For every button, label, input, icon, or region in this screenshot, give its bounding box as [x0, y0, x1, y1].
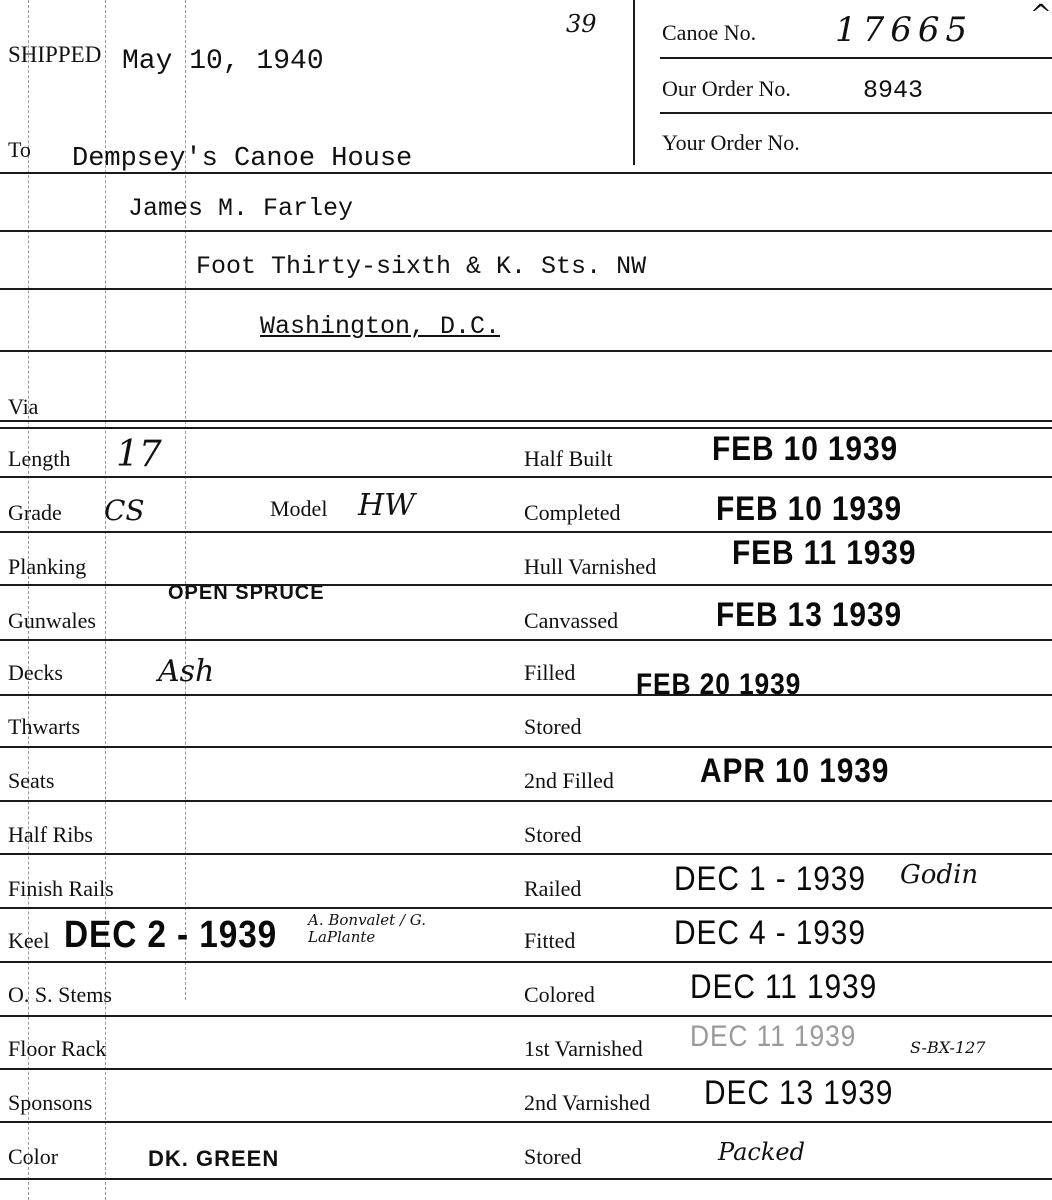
box-divider: [633, 0, 635, 165]
your-order-label: Your Order No.: [662, 130, 800, 156]
rule-address-2: [0, 288, 1052, 290]
field-value-fitted: DEC 4 - 1939: [674, 914, 866, 953]
field-label-1st-varnished: 1st Varnished: [524, 1036, 643, 1062]
rule-address-3: [0, 350, 1052, 352]
shipped-label: SHIPPED: [8, 42, 101, 68]
field-label-canvassed: Canvassed: [524, 608, 618, 634]
field-value-2nd-varnished: DEC 13 1939: [704, 1074, 893, 1113]
address-line-2: Foot Thirty-sixth & K. Sts. NW: [196, 252, 646, 281]
to-value: Dempsey's Canoe House: [72, 144, 412, 174]
row-rule: [0, 639, 1052, 641]
field-value-half-built: FEB 10 1939: [712, 430, 898, 469]
our-order-label: Our Order No.: [662, 76, 791, 102]
guide-line: [105, 0, 106, 1200]
field-label-hull-varnished: Hull Varnished: [524, 554, 656, 580]
shipped-date: May 10, 1940: [122, 46, 324, 77]
page-mark: 39: [566, 10, 597, 38]
field-value-stored-3: Packed: [718, 1138, 805, 1166]
field-label-os-stems: O. S. Stems: [8, 982, 112, 1008]
address-line-1: James M. Farley: [128, 194, 353, 223]
field-value-1st-varnished: DEC 11 1939: [690, 1020, 856, 1054]
canoe-no-underline: [660, 57, 1052, 59]
field-label-half-built: Half Built: [524, 446, 613, 472]
row-rule: [0, 746, 1052, 748]
field-value-railed: DEC 1 - 1939: [674, 860, 866, 899]
keel-signature: A. Bonvalet / G. LaPlante: [308, 912, 498, 946]
field-label-colored: Colored: [524, 982, 595, 1008]
row-rule: [0, 907, 1052, 909]
field-value-hull-varnished: FEB 11 1939: [732, 534, 916, 573]
field-value-length: 17: [116, 434, 162, 475]
rule-via-1: [0, 420, 1052, 422]
field-label-floor-rack: Floor Rack: [8, 1036, 106, 1062]
field-label-stored-2: Stored: [524, 822, 581, 848]
field-value-decks: Ash: [158, 654, 214, 689]
rule-via-2: [0, 427, 1052, 429]
row-rule: [0, 584, 1052, 586]
field-label-length: Length: [8, 446, 70, 472]
field-value-canvassed: FEB 13 1939: [716, 596, 902, 635]
row-rule: [0, 1068, 1052, 1070]
field-label-grade: Grade: [8, 500, 62, 526]
field-value-grade: CS: [104, 494, 145, 527]
row-rule: [0, 1015, 1052, 1017]
field-value-completed: FEB 10 1939: [716, 490, 902, 529]
field-label-planking: Planking: [8, 554, 86, 580]
field-label-2nd-varnished: 2nd Varnished: [524, 1090, 650, 1116]
row-rule: [0, 853, 1052, 855]
address-line-3: Washington, D.C.: [260, 312, 500, 341]
row-rule: [0, 800, 1052, 802]
field-label-decks: Decks: [8, 660, 63, 686]
field-label-keel: Keel: [8, 928, 50, 954]
row-rule: [0, 1178, 1052, 1180]
field-label-stored-3: Stored: [524, 1144, 581, 1170]
field-value-filled: FEB 20 1939: [636, 668, 801, 702]
field-label-gunwales: Gunwales: [8, 608, 96, 634]
row-rule: [0, 961, 1052, 963]
field-label-model: Model: [270, 496, 327, 522]
field-label-sponsons: Sponsons: [8, 1090, 92, 1116]
railed-signature: Godin: [900, 860, 978, 890]
field-label-filled: Filled: [524, 660, 575, 686]
row-rule: [0, 476, 1052, 478]
our-order-value: 8943: [863, 76, 923, 105]
field-label-thwarts: Thwarts: [8, 714, 80, 740]
to-label: To: [8, 137, 31, 163]
our-order-underline: [660, 112, 1052, 114]
canoe-no-label: Canoe No.: [662, 20, 756, 46]
field-value-keel: DEC 2 - 1939: [64, 914, 277, 957]
field-value-color: DK. GREEN: [148, 1146, 279, 1172]
row-rule: [0, 1121, 1052, 1123]
field-label-railed: Railed: [524, 876, 581, 902]
1st-varnished-note: S-BX-127: [910, 1038, 985, 1057]
canoe-no-value: 17665: [835, 10, 973, 50]
field-value-colored: DEC 11 1939: [690, 968, 877, 1007]
field-label-2nd-filled: 2nd Filled: [524, 768, 614, 794]
field-label-finish-rails: Finish Rails: [8, 876, 114, 902]
rule-to: [0, 172, 1052, 174]
field-value-model: HW: [358, 488, 415, 523]
field-label-fitted: Fitted: [524, 928, 575, 954]
field-label-color: Color: [8, 1144, 58, 1170]
field-label-seats: Seats: [8, 768, 54, 794]
guide-line: [28, 0, 29, 1200]
via-label: Via: [8, 394, 38, 420]
field-label-completed: Completed: [524, 500, 621, 526]
row-rule: [0, 694, 1052, 696]
field-value-2nd-filled: APR 10 1939: [700, 752, 889, 791]
field-label-stored-1: Stored: [524, 714, 581, 740]
row-rule: [0, 531, 1052, 533]
rule-address-1: [0, 230, 1052, 232]
field-label-half-ribs: Half Ribs: [8, 822, 93, 848]
canoe-no-mark: ^: [1030, 0, 1052, 30]
